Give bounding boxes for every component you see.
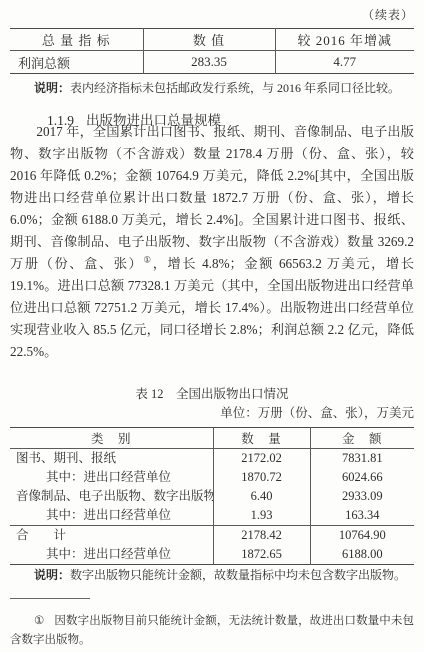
table12-cell-amount: 2933.09 [310, 487, 414, 506]
table12-header-quantity: 数 量 [213, 428, 310, 449]
footnote-separator-rule [10, 598, 90, 599]
table12-header-amount: 金 额 [310, 428, 414, 449]
table-row: 其中：进出口经营单位 1870.72 6024.66 [10, 468, 414, 487]
note-label: 说明： [34, 568, 70, 582]
table12-caption: 表 12 全国出版物出口情况 [10, 384, 414, 402]
table12-cell-category: 合 计 [10, 526, 213, 546]
table12-cell-quantity: 1870.72 [213, 468, 310, 487]
prev-table-header-row: 总 量 指 标 数 值 较 2016 年增减 [10, 29, 414, 51]
note-label: 说明： [34, 81, 70, 95]
note-text: 数字出版物只能统计金额，故数量指标中均未包含数字出版物。 [70, 568, 406, 582]
prev-table-cell-value: 283.35 [143, 51, 275, 74]
table12-cell-category: 其中：进出口经营单位 [10, 506, 213, 526]
table12-cell-amount: 10764.90 [310, 526, 414, 546]
table12-cell-amount: 163.34 [310, 506, 414, 526]
table-row: 音像制品、电子出版物、数字出版物 6.40 2933.09 [10, 487, 414, 506]
prev-table-header-value: 数 值 [143, 29, 275, 51]
table12-cell-quantity: 2178.42 [213, 526, 310, 546]
table12-cell-quantity: 2172.02 [213, 449, 310, 469]
export-statistics-table: 类 别 数 量 金 额 图书、期刊、报纸 2172.02 7831.81 其中：… [10, 427, 414, 565]
table12-unit-note: 单位：万册（份、盒、张），万美元 [10, 403, 414, 421]
prev-table-cell-change: 4.77 [275, 51, 414, 74]
table12-cell-category: 其中：进出口经营单位 [10, 468, 213, 487]
footnote: ①因数字出版物目前只能统计金额，无法统计数量，故进出口数量中未包含数字出版物。 [10, 612, 414, 650]
table-row: 图书、期刊、报纸 2172.02 7831.81 [10, 449, 414, 469]
table12-note: 说明：数字出版物只能统计金额，故数量指标中均未包含数字出版物。 [10, 567, 414, 583]
footnote-text: 因数字出版物目前只能统计金额，无法统计数量，故进出口数量中未包含数字出版物。 [10, 615, 414, 646]
table12-cell-amount: 7831.81 [310, 449, 414, 469]
table12-cell-amount: 6024.66 [310, 468, 414, 487]
prev-table-header-indicator: 总 量 指 标 [10, 29, 143, 51]
table12-cell-quantity: 1.93 [213, 506, 310, 526]
table12-cell-amount: 6188.00 [310, 545, 414, 565]
table12-cell-category: 图书、期刊、报纸 [10, 449, 213, 469]
note-text: 表内经济指标未包括邮政发行系统，与 2016 年系同口径比较。 [70, 81, 400, 95]
table12-cell-quantity: 1872.65 [213, 545, 310, 565]
previous-page-summary-table: 总 量 指 标 数 值 较 2016 年增减 利润总额 283.35 4.77 [10, 28, 414, 74]
table-row: 利润总额 283.35 4.77 [10, 51, 414, 74]
table-row-total: 合 计 2178.42 10764.90 [10, 526, 414, 546]
table12-cell-category: 音像制品、电子出版物、数字出版物 [10, 487, 213, 506]
prev-table-cell-indicator: 利润总额 [10, 51, 143, 74]
footnote-marker: ① [34, 615, 44, 627]
table12-header-category: 类 别 [10, 428, 213, 449]
table12-cell-category: 其中：进出口经营单位 [10, 545, 213, 565]
table-row: 其中：进出口经营单位 1.93 163.34 [10, 506, 414, 526]
table12-header-row: 类 别 数 量 金 额 [10, 428, 414, 449]
table-row: 其中：进出口经营单位 1872.65 6188.00 [10, 545, 414, 565]
prev-table-header-change: 较 2016 年增减 [275, 29, 414, 51]
table12-cell-quantity: 6.40 [213, 487, 310, 506]
body-paragraph: 2017 年，全国累计出口图书、报纸、期刊、音像制品、电子出版物、数字出版物（不… [10, 121, 414, 363]
continued-table-label: （续表） [362, 6, 414, 23]
scanned-report-page: { "page": { "continued_label": "（续表）" },… [0, 0, 424, 652]
prev-table-note: 说明：表内经济指标未包括邮政发行系统，与 2016 年系同口径比较。 [10, 80, 414, 96]
